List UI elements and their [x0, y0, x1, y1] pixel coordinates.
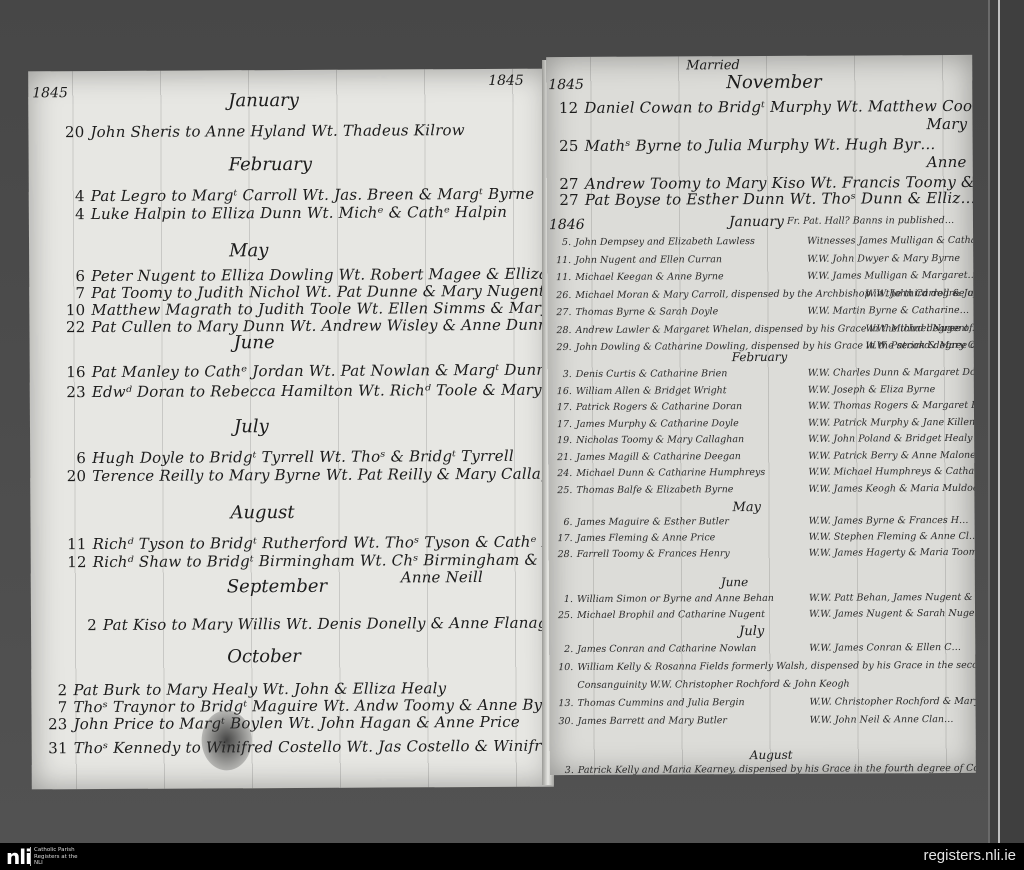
witnesses: W.W. James Byrne & Frances H…	[809, 515, 969, 527]
witnesses: W.W. Joseph & Eliza Byrne	[808, 384, 935, 396]
image-viewer[interactable]: 1845 1845 January 20John Sheris to Anne …	[0, 0, 1024, 843]
banns-note: Fr. Pat. Hall? Banns in published…	[787, 215, 954, 227]
register-page-right: Married 1845 November 12Daniel Cowan to …	[546, 55, 976, 775]
june-entries: 1.William Simon or Byrne and Anne BehanW…	[546, 55, 972, 57]
marriage-entry: 28.Farrell Toomy & Frances Henry	[555, 548, 730, 560]
marriage-entry-continuation: Anne Neill	[401, 568, 483, 586]
marriage-entry: 3.Patrick Kelly and Maria Kearney, dispe…	[556, 763, 976, 776]
marriage-entry: 31Thoˢ Kennedy to Winifred Costello Wt. …	[46, 736, 554, 757]
witnesses: W.W. James Keogh & Maria Muldoon	[808, 482, 976, 494]
witnesses: W.W. John Carroll & Judith…	[865, 287, 976, 299]
marriage-entry: 20Terence Reilly to Mary Byrne Wt. Pat R…	[64, 464, 554, 485]
month-heading: June	[233, 332, 274, 353]
marriage-entry: 12Daniel Cowan to Bridgᵗ Murphy Wt. Matt…	[556, 97, 976, 117]
month-heading: June	[721, 575, 748, 589]
marriage-entry: 25.Thomas Balfe & Elizabeth Byrne	[554, 484, 733, 496]
witnesses: W.W. Charles Dunn & Margaret Doran	[808, 367, 976, 379]
logo-divider	[30, 847, 31, 866]
marriage-entry: 10.William Kelly & Rosanna Fields former…	[555, 660, 976, 674]
may-entries: 6.James Maguire & Esther ButlerW.W. Jame…	[546, 55, 972, 57]
witnesses: W.W. Michael Humphreys & Catharine H…	[808, 466, 976, 478]
witnesses: W.W. Patt Behan, James Nugent & Ellen S…	[809, 592, 976, 604]
month-heading: August	[230, 502, 294, 523]
witnesses: W.W. Patrick Murphy & Jane Killen	[808, 416, 975, 428]
page-year: 1845	[32, 85, 68, 101]
month-heading: February	[229, 154, 312, 175]
month-heading: May	[229, 240, 268, 261]
page-year: 1845	[488, 73, 524, 89]
marriage-entry: 25.Michael Brophil and Catharine Nugent	[555, 609, 765, 621]
month-heading: October	[227, 646, 301, 667]
ink-smudge	[201, 710, 251, 770]
marriage-entry: 30.James Barrett and Mary Butler	[556, 715, 727, 727]
marriage-entry: 2.James Conran and Catharine Nowlan	[555, 643, 756, 655]
month-heading: August	[750, 748, 793, 762]
marriage-entry: 3.Denis Curtis & Catharine Brien	[554, 368, 728, 380]
month-heading: September	[227, 576, 327, 598]
month-heading: February	[732, 350, 788, 364]
january-entries: 5.John Dempsey and Elizabeth LawlessWitn…	[546, 55, 972, 57]
marriage-entry: 13.Thomas Cummins and Julia Bergin	[555, 697, 744, 709]
viewer-scrollbar[interactable]	[988, 0, 1024, 843]
witnesses: W.W. Thomas Rogers & Margaret Br…	[808, 400, 976, 412]
month-heading: January	[228, 90, 299, 111]
month-heading: November	[726, 72, 821, 93]
marriage-entry: 6Hugh Doyle to Bridgᵗ Tyrrell Wt. Thoˢ &…	[64, 447, 514, 467]
marriage-entry: 2Pat Kiso to Mary Willis Wt. Denis Donel…	[75, 614, 554, 635]
month-heading: July	[234, 416, 269, 437]
marriage-entry: 5.John Dempsey and Elizabeth Lawless	[553, 236, 755, 248]
marriage-entry: 6.James Maguire & Esther Butler	[555, 516, 729, 528]
page-heading: Married	[686, 58, 740, 73]
august-entries: 3.Patrick Kelly and Maria Kearney, dispe…	[546, 55, 972, 57]
register-page-left: 1845 1845 January 20John Sheris to Anne …	[28, 69, 554, 790]
marriage-entry: 24.Michael Dunn & Catharine Humphreys	[554, 467, 765, 479]
witnesses: W.W. John Poland & Bridget Healy	[808, 433, 972, 445]
month-heading: July	[739, 624, 764, 639]
witnesses: Witnesses James Mulligan & Catharine…	[807, 235, 976, 247]
witnesses: W.W. James Mulligan & Margaret…	[807, 270, 976, 282]
marriage-entry: 20John Sheris to Anne Hyland Wt. Thadeus…	[62, 121, 464, 141]
page-year: 1845	[548, 77, 584, 93]
witnesses: W.W. James Nugent & Sarah Nugent	[809, 608, 976, 620]
witnesses: W.W. Stephen Fleming & Anne Cl…	[809, 531, 976, 543]
february-entries: 3.Denis Curtis & Catharine BrienW.W. Cha…	[546, 55, 972, 57]
marriage-entry: 19.Nicholas Toomy & Mary Callaghan	[554, 434, 744, 446]
marriage-entry: 27.Thomas Byrne & Sarah Doyle	[553, 306, 718, 318]
marriage-entry: 1.William Simon or Byrne and Anne Behan	[555, 593, 774, 605]
marriage-entry-continuation: Anne	[927, 153, 967, 171]
marriage-entry: 17.James Murphy & Catharine Doyle	[554, 418, 739, 430]
logo-caption: Catholic Parish Registers at the NLI	[34, 847, 84, 867]
marriage-entry: 23John Price to Margᵗ Boylen Wt. John Ha…	[45, 713, 520, 733]
marriage-entry: 11.John Nugent and Ellen Curran	[553, 254, 722, 266]
page-year: 1846	[549, 217, 585, 233]
month-heading: May	[732, 500, 760, 515]
witnesses: W.W. Michael Nugent…	[866, 322, 976, 334]
marriage-entry: 16.William Allen & Bridget Wright	[554, 385, 727, 397]
marriage-entry: 11.Michael Keegan & Anne Byrne	[553, 271, 723, 283]
site-link[interactable]: registers.nli.ie	[923, 847, 1016, 864]
marriage-entry: 21.James Magill & Catharine Deegan	[554, 451, 741, 463]
marriage-entry: 22Pat Cullen to Mary Dunn Wt. Andrew Wis…	[63, 316, 547, 337]
witnesses: W.W. Christopher Rochford & Mary…	[809, 696, 975, 708]
witnesses: W.W. James Conran & Ellen C…	[809, 642, 961, 654]
nli-logo[interactable]: nli	[6, 846, 31, 868]
witnesses: W.W. James Hagerty & Maria Toomy	[809, 547, 976, 559]
marriage-entry: Consanguinity W.W. Christopher Rochford …	[555, 679, 849, 692]
july-entries: 2.James Conran and Catharine NowlanW.W. …	[546, 55, 972, 57]
marriage-entry: 16Pat Manley to Cathᵉ Jordan Wt. Pat Now…	[64, 361, 554, 382]
witnesses: W.W. John Dwyer & Mary Byrne	[807, 252, 960, 264]
marriage-entry: 4Luke Halpin to Elliza Dunn Wt. Michᵉ & …	[63, 203, 507, 223]
witnesses: W.W. John Neil & Anne Clan…	[810, 714, 954, 726]
marriage-entry: 17.James Fleming & Anne Price	[555, 532, 716, 544]
footer-bar: nli Catholic Parish Registers at the NLI…	[0, 843, 1024, 870]
witnesses: W.W. Martin Byrne & Catharine…	[807, 305, 969, 317]
month-heading: January	[729, 214, 784, 230]
marriage-entry-continuation: Mary	[926, 115, 967, 133]
marriage-entry: 17.Patrick Rogers & Catharine Doran	[554, 401, 742, 413]
marriage-entry: 27Pat Boyse to Esther Dunn Wt. Thoˢ Dunn…	[557, 189, 976, 209]
marriage-entry: 25Mathˢ Byrne to Julia Murphy Wt. Hugh B…	[557, 135, 936, 155]
witnesses: W.W. Patrick Berry & Anne Malone	[808, 449, 976, 461]
marriage-entry: 23Edwᵈ Doran to Rebecca Hamilton Wt. Ric…	[64, 380, 554, 401]
witnesses: W.W. Patrick & Mary C…	[866, 340, 976, 352]
